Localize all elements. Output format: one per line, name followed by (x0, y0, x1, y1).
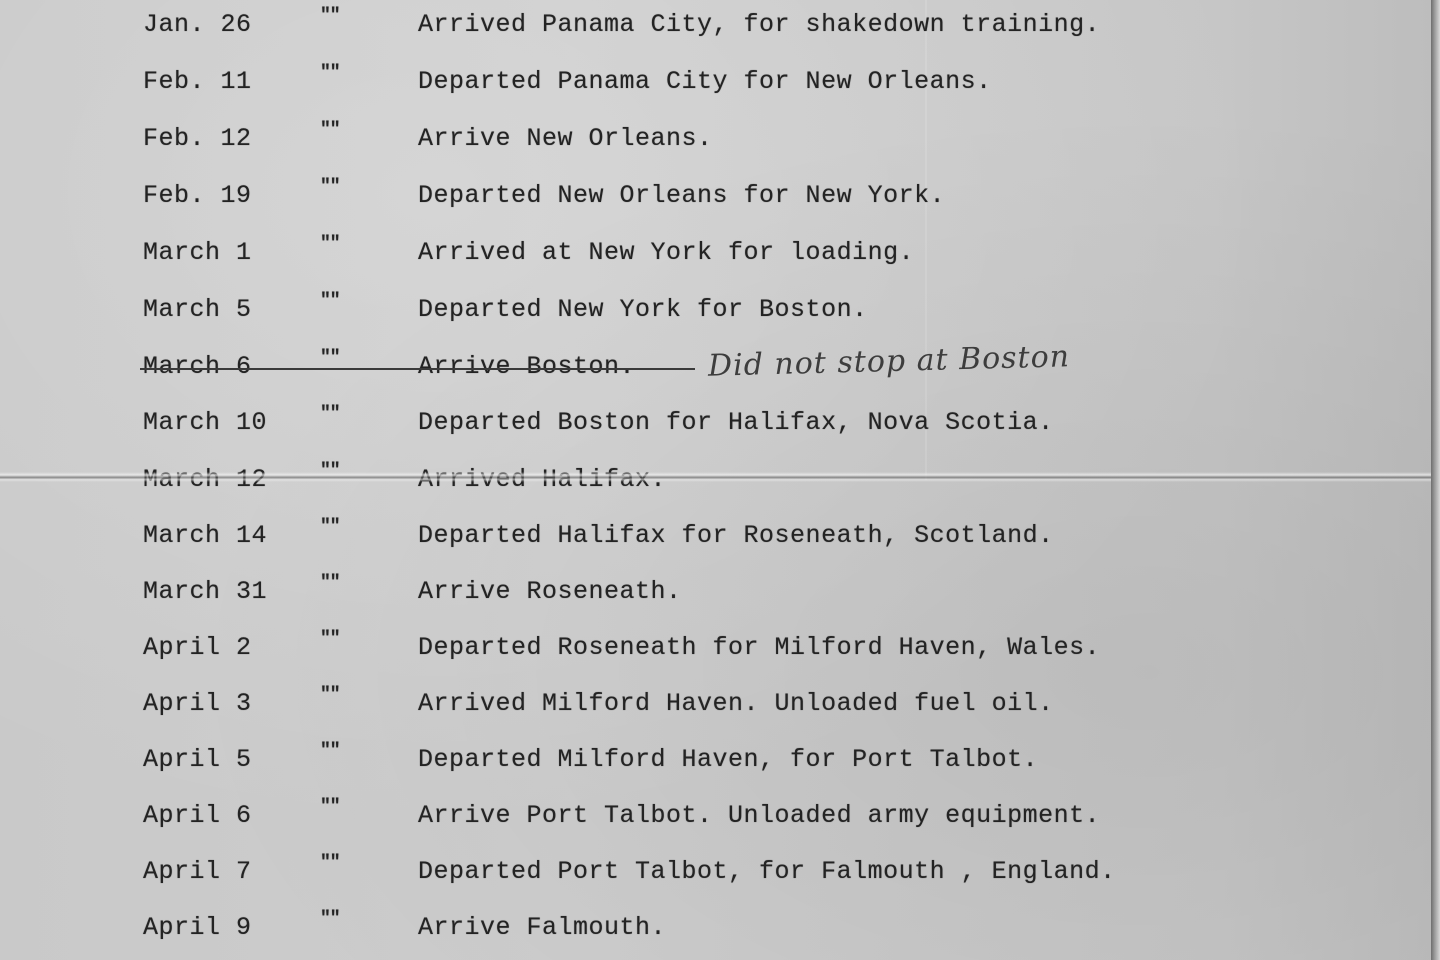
entry-text: Departed New York for Boston. (418, 295, 868, 324)
ditto-mark: "" (320, 63, 340, 83)
itinerary-row: March 10 "" Departed Boston for Halifax,… (0, 408, 1433, 448)
entry-text: Departed Panama City for New Orleans. (418, 67, 992, 96)
ditto-mark: "" (320, 348, 340, 368)
entry-date: March 10 (143, 408, 267, 437)
itinerary-row: Jan. 26 "" Arrived Panama City, for shak… (0, 10, 1433, 50)
itinerary-row: April 2 "" Departed Roseneath for Milfor… (0, 633, 1433, 673)
itinerary-row: April 9 "" Arrive Falmouth. (0, 913, 1433, 953)
entry-text: Arrive Port Talbot. Unloaded army equipm… (418, 801, 1100, 830)
ditto-mark: "" (320, 741, 340, 761)
entry-text: Arrive Roseneath. (418, 577, 682, 606)
itinerary-row: March 1 "" Arrived at New York for loadi… (0, 238, 1433, 278)
itinerary-row: April 3 "" Arrived Milford Haven. Unload… (0, 689, 1433, 729)
entry-text: Arrive Falmouth. (418, 913, 666, 942)
ditto-mark: "" (320, 853, 340, 873)
entry-text: Departed Halifax for Roseneath, Scotland… (418, 521, 1054, 550)
ditto-mark: "" (320, 573, 340, 593)
entry-date: March 31 (143, 577, 267, 606)
entry-text: Departed Port Talbot, for Falmouth , Eng… (418, 857, 1116, 886)
handwritten-note: Did not stop at Boston (708, 339, 1071, 383)
entry-text: Arrived Panama City, for shakedown train… (418, 10, 1100, 39)
ditto-mark: "" (320, 291, 340, 311)
entry-text: Arrive New Orleans. (418, 124, 713, 153)
entry-text: Arrive Boston. (418, 352, 635, 381)
entry-text: Departed Boston for Halifax, Nova Scotia… (418, 408, 1054, 437)
itinerary-row: March 31 "" Arrive Roseneath. (0, 577, 1433, 617)
entry-date: March 6 (143, 352, 252, 381)
entry-date: April 2 (143, 633, 252, 662)
entry-text: Arrived Milford Haven. Unloaded fuel oil… (418, 689, 1054, 718)
itinerary-row: March 14 "" Departed Halifax for Rosenea… (0, 521, 1433, 561)
paper-fold (0, 472, 1433, 482)
ditto-mark: "" (320, 517, 340, 537)
ditto-mark: "" (320, 797, 340, 817)
ditto-mark: "" (320, 177, 340, 197)
itinerary-row: April 6 "" Arrive Port Talbot. Unloaded … (0, 801, 1433, 841)
itinerary-row-struck: March 6 "" Arrive Boston. Did not stop a… (0, 352, 1433, 392)
entry-date: April 3 (143, 689, 252, 718)
paper-edge (1431, 0, 1440, 960)
ditto-mark: "" (320, 909, 340, 929)
entry-date: Jan. 26 (143, 10, 252, 39)
entry-text: Departed New Orleans for New York. (418, 181, 945, 210)
itinerary-row: Feb. 19 "" Departed New Orleans for New … (0, 181, 1433, 221)
itinerary-row: April 5 "" Departed Milford Haven, for P… (0, 745, 1433, 785)
entry-date: Feb. 12 (143, 124, 252, 153)
entry-date: Feb. 19 (143, 181, 252, 210)
entry-text: Departed Milford Haven, for Port Talbot. (418, 745, 1038, 774)
entry-date: April 7 (143, 857, 252, 886)
itinerary-row: April 7 "" Departed Port Talbot, for Fal… (0, 857, 1433, 897)
entry-date: March 1 (143, 238, 252, 267)
itinerary-row: March 12 "" Arrived Halifax. (0, 465, 1433, 505)
entry-date: April 6 (143, 801, 252, 830)
ditto-mark: "" (320, 404, 340, 424)
entry-text: Arrived at New York for loading. (418, 238, 914, 267)
ditto-mark: "" (320, 6, 340, 26)
entry-date: April 5 (143, 745, 252, 774)
document-page: Jan. 26 "" Arrived Panama City, for shak… (0, 0, 1433, 960)
itinerary-row: Feb. 12 "" Arrive New Orleans. (0, 124, 1433, 164)
itinerary-row: Feb. 11 "" Departed Panama City for New … (0, 67, 1433, 107)
entry-text: Departed Roseneath for Milford Haven, Wa… (418, 633, 1100, 662)
itinerary-row: March 5 "" Departed New York for Boston. (0, 295, 1433, 335)
ditto-mark: "" (320, 120, 340, 140)
entry-date: March 5 (143, 295, 252, 324)
entry-date: Feb. 11 (143, 67, 252, 96)
entry-date: April 9 (143, 913, 252, 942)
ditto-mark: "" (320, 234, 340, 254)
ditto-mark: "" (320, 629, 340, 649)
ditto-mark: "" (320, 685, 340, 705)
entry-date: March 14 (143, 521, 267, 550)
